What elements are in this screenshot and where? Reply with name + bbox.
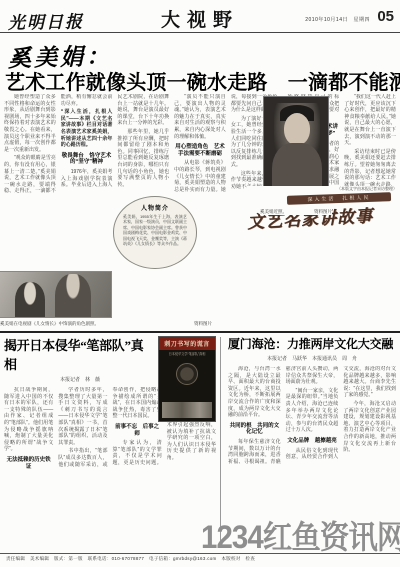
article-pen-troops-headline: 揭开日本侵华“笔部队”真相 [4,335,156,373]
book-cover-title: 刺刀书写的谎言 [159,337,215,350]
article-xiamen-byline: 本报记者 马跃华 本报通讯员 周 舟 [228,355,396,362]
body-paragraph: 海沧，与台湾一水之隔，是大陆设立最早、面积最大的台商投资区。近年来，这里以文化为… [228,366,281,419]
portrait-face [284,113,310,145]
drama-caption-text: 奚美娟在电视剧《儿女情长》中饰演的角色剧照。 [0,321,99,327]
profile-box: 人物简介 奚美娟，1955年生于上海，表演艺术家，国家一级演员，中国文联副主席、… [113,196,197,269]
page-number: 05 [377,8,394,25]
main-headline: 艺术工作就像头顶一碗水走路 一滴都不能洒 [5,66,397,95]
drama-figure-right [55,274,91,318]
body-paragraph: 今年，海沧又启动了两岸文化创意产业园建设，规划建设影视基地、演艺中心等项目，着力… [343,401,396,454]
drama-figure-left [15,282,45,318]
series-banner-title: 文艺名家讲故事 [246,200,397,233]
article-pen-troops-byline: 本报记者 林 薇 [4,376,156,383]
body-paragraph: 那些年里，她几乎推掉了所有应酬，把时间都留给了剧本和角色。同事回忆，排练厅里总能… [117,129,169,188]
body-paragraph: 学者历时多年，搜集整理了大量第一手日文资料，写成《刺刀书写的谎言——日本侵华文学… [58,387,107,446]
site-watermark: 1234红鱼资讯网 [201,512,400,558]
profile-box-title: 人物简介 [123,203,187,212]
body-paragraph: “演员不能只演自己，要演出人物的灵魂。”她认为，表演艺术的魅力在于真实，真实来自… [174,94,226,140]
book-cover-emblem [176,363,198,385]
body-paragraph: “闽台一家亲，文化是最深的纽带。”当地负责人介绍，海沧已连续多年举办两岸文化论坛… [286,388,339,434]
newspaper-page: 光明日报 大视野 2010年10月14日 星期四 05 奚美娟： 艺术工作就像头… [0,0,400,567]
book-cover-photo-strip [162,402,212,418]
portrait-caption-credit: 资料图片 [314,209,332,215]
body-subhead: 前事不忘 后事之师 [113,424,162,437]
drama-caption: 奚美娟在电视剧《儿女情长》中饰演的角色剧照。 资料图片 [0,321,212,327]
body-subhead: 共同的根 共同的文化记忆 [228,423,281,436]
body-paragraph: 她曾经塑造了众多不同性格和命运的女性形象，从话剧舞台到影视剧场，四十多年来始终保… [4,94,56,153]
book-cover: 刺刀书写的谎言 日本侵华文学“笔部队”真相 [158,336,216,422]
body-paragraph: “我们这一代人赶上了好时代，更应该沉下心来创作，把最好的精神食粮奉献给人民。”她… [344,94,396,147]
body-subhead: 用心塑造角色 艺术手法需要不断磨砺 [174,144,226,157]
drama-caption-credit: 资料图片 [194,321,212,327]
profile-box-text: 奚美娟，1955年生于上海，表演艺术家，国家一级演员，中国文联副主席、中国电影家… [123,214,187,246]
series-banner-credit: （本版文字由本报记者采访整理） [247,186,397,192]
page-header: 光明日报 大视野 2010年10月14日 星期四 05 [0,0,400,33]
body-subhead: 无法抵赖的历史铁证 [4,457,53,470]
issue-date: 2010年10月14日 星期四 [305,16,370,23]
body-subhead: 敬畏舞台 恪守艺术的“坚守”精神 [61,153,113,166]
body-subhead: 文化品牌 越擦越亮 [286,438,339,445]
section-divider [0,331,400,333]
body-paragraph: “深入生活，扎根人民”——本期《文艺名家讲故事》栏目对话著名表演艺术家奚美娟，听… [61,109,113,149]
body-paragraph: 抗日战争期间，随军进入中国的不仅有日本的军队，还有一支特殊的队伍——由作家、记者… [4,387,53,453]
body-paragraph: 该书出版后在学术界引起强烈反响，被认为填补了抗战文学研究的一项空白，为人们认识日… [167,415,216,461]
portrait-caption-text: 奚美娟近照。 [260,209,287,215]
drama-still-photo [0,271,112,318]
book-cover-subtitle: 日本侵华文学“笔部队”真相 [162,352,212,357]
portrait-caption: 奚美娟近照。 资料图片 [260,209,332,215]
article-xiamen-headline: 厦门海沧：力推两岸文化大交融 [228,335,396,352]
article-pen-troops: 揭开日本侵华“笔部队”真相 本报记者 林 薇 刺刀书写的谎言 日本侵华文学“笔部… [4,335,216,553]
